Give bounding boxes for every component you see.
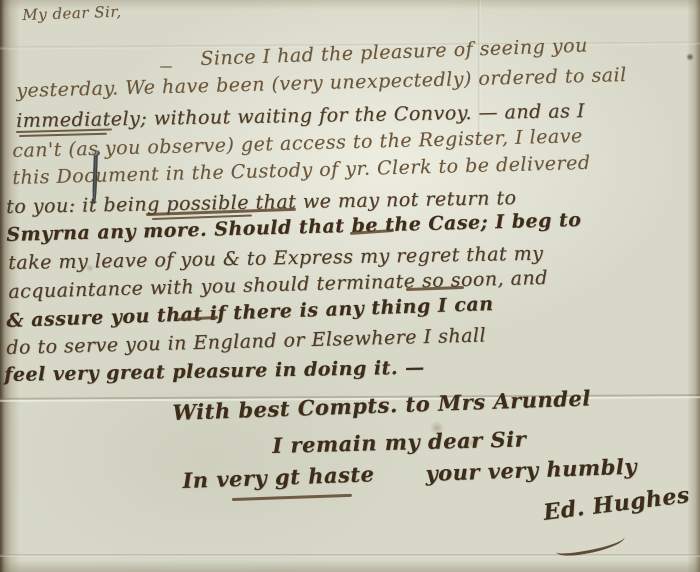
closing-compliments: With best Compts. to Mrs Arundel — [172, 385, 591, 425]
underline-mark-immediately-2 — [19, 133, 107, 137]
pen-rest-mark — [160, 66, 172, 68]
signature-flourish — [555, 530, 627, 559]
letter-line: do to serve you in England or Elsewhere … — [6, 324, 486, 359]
letter-line: feel very great pleasure in doing it. — — [4, 357, 425, 386]
underline-mark-haste — [232, 494, 352, 501]
closing-haste: In very gt haste — [182, 461, 375, 493]
closing-remain: I remain my dear Sir — [272, 426, 526, 458]
letter-line: Since I had the pleasure of seeing you — [200, 34, 588, 70]
fold-crease-bottom — [0, 554, 700, 557]
signature: Ed. Hughes — [542, 482, 691, 526]
salutation: My dear Sir, — [22, 3, 122, 24]
closing-humbly: your very humbly — [425, 454, 637, 486]
letter-line: yesterday. We have been (very unexpected… — [16, 64, 627, 102]
letter-scan: My dear Sir, Since I had the pleasure of… — [0, 0, 700, 572]
